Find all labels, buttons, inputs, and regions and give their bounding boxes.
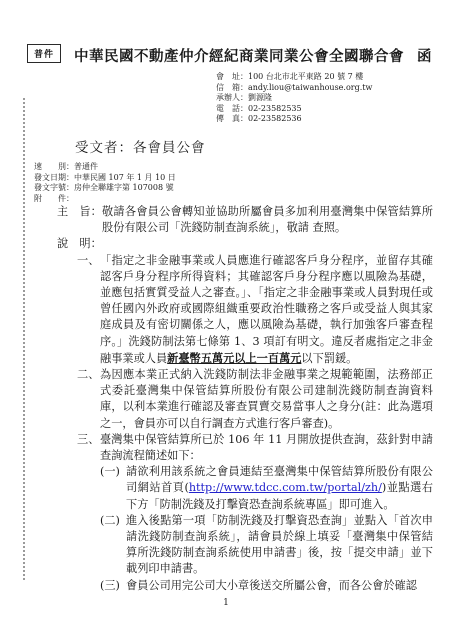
item-1-text-post: 以下罰鍰。 [301,352,357,365]
item-1-penalty-emphasis: 新臺幣五萬元以上一百萬元 [167,351,301,365]
contact-address-row: 會 址：100 台北市北平東路 20 號 7 樓 [216,72,372,83]
meta-attachment-label: 附 件： [34,194,74,203]
explanation-item-3: 三、 臺灣集中保管結算所已於 106 年 11 月開放提供查詢，茲針對申請查詢流… [77,432,433,594]
contact-address-value: 100 台北市北平東路 20 號 7 樓 [248,72,363,81]
item-1-text: 「指定之非金融事業或人員應進行確認客戶身分程序，並留存其確認客戶身分程序所得資料… [100,253,433,367]
subitem-3: (三) 會員公司用完公司大小章後送交所屬公會，而各公會於確認 [100,578,433,594]
document-meta-block: 速 別：普通件 發文日期：中華民國 107 年 1 月 10 日 發文字號：房仲… [34,162,176,204]
recipient-value: 各會員公會 [133,140,206,156]
subitem-3-number: (三) [100,578,126,594]
item-3-text: 臺灣集中保管結算所已於 106 年 11 月開放提供查詢，茲針對申請查詢流程簡述… [100,432,433,594]
contact-email-row: 信 箱：andy.liou@taiwanhouse.org.tw [216,83,372,94]
subitem-1-number: (一) [100,464,126,513]
meta-speed-value: 普通件 [74,162,98,171]
explanation-item-2: 二、 為因應本業正式納入洗錢防制法非金融事業之規範範圍，法務部正式委託臺灣集中保… [77,367,433,432]
meta-refno-row: 發文字號：房仲全聯雄字第 107008 號 [34,183,176,194]
meta-refno-value: 房仲全聯雄字第 107008 號 [74,183,174,192]
contact-phone-label: 電 話： [216,104,248,115]
document-type-label: 函 [417,48,432,65]
contact-email-value: andy.liou@taiwanhouse.org.tw [248,83,372,92]
contact-fax-value: 02-23582536 [248,114,302,123]
meta-refno-label: 發文字號： [34,183,74,192]
subitem-2-text: 進入後點第一項「防制洗錢及打擊資恐查詢」並點入「首次申請洗錢防制查詢系統」，請會… [126,513,433,578]
item-2-text: 為因應本業正式納入洗錢防制法非金融事業之規範範圍，法務部正式委託臺灣集中保管結算… [100,367,433,432]
explanation-item-1: 一、 「指定之非金融事業或人員應進行確認客戶身分程序，並留存其確認客戶身分程序所… [77,253,433,367]
contact-address-label: 會 址： [216,72,248,83]
item-1-text-pre: 「指定之非金融事業或人員應進行確認客戶身分程序，並留存其確認客戶身分程序所得資料… [100,254,433,365]
explanation-label: 說 明： [57,236,102,252]
tdcc-portal-link[interactable]: http://www.tdcc.com.tw/portal/zh/ [189,481,382,494]
meta-date-value: 中華民國 107 年 1 月 10 日 [74,173,176,182]
meta-speed-label: 速 別： [34,162,74,171]
subject-paragraph: 主 旨： 敬請各會員公會轉知並協助所屬會員多加利用臺灣集中保管結算所股份有限公司… [57,204,433,236]
meta-speed-row: 速 別：普通件 [34,162,176,173]
contact-email-label: 信 箱： [216,83,248,94]
subitem-1: (一) 請欲利用該系統之會員連結至臺灣集中保管結算所股份有限公司網站首頁(htt… [100,464,433,513]
page-number: 1 [0,598,452,608]
meta-attachment-row: 附 件： [34,194,176,205]
item-1-number: 一、 [77,253,100,367]
item-3-intro: 臺灣集中保管結算所已於 106 年 11 月開放提供查詢，茲針對申請查詢流程簡述… [100,433,433,462]
subitem-3-text: 會員公司用完公司大小章後送交所屬公會，而各公會於確認 [126,578,433,594]
document-title: 中華民國不動產仲介經紀商業同業公會全國聯合會函 [74,45,432,66]
contact-phone-row: 電 話：02-23582535 [216,104,372,115]
explanation-heading: 說 明： [57,236,433,252]
contact-fax-row: 傳 真：02-23582536 [216,114,372,125]
contact-person-value: 劉源隆 [248,93,272,102]
letterhead-contact-block: 會 址：100 台北市北平東路 20 號 7 樓 信 箱：andy.liou@t… [216,72,372,125]
subject-text: 敬請各會員公會轉知並協助所屬會員多加利用臺灣集中保管結算所股份有限公司「洗錢防制… [102,204,433,236]
item-3-subitems: (一) 請欲利用該系統之會員連結至臺灣集中保管結算所股份有限公司網站首頁(htt… [100,464,433,594]
fold-marker-dotted-line [23,98,25,580]
recipient-line: 受文者：各會員公會 [75,136,206,156]
recipient-label: 受文者： [75,140,133,156]
subject-label: 主 旨： [57,204,102,236]
explanation-items: 一、 「指定之非金融事業或人員應進行確認客戶身分程序，並留存其確認客戶身分程序所… [77,253,433,594]
official-letter-page: 普件 中華民國不動產仲介經紀商業同業公會全國聯合會函 會 址：100 台北市北平… [0,0,452,640]
contact-person-label: 承辦人： [216,93,248,104]
organization-name: 中華民國不動產仲介經紀商業同業公會全國聯合會 [74,48,404,65]
mail-class-stamp: 普件 [27,44,61,63]
contact-phone-value: 02-23582535 [248,104,302,113]
contact-person-row: 承辦人：劉源隆 [216,93,372,104]
meta-date-row: 發文日期：中華民國 107 年 1 月 10 日 [34,173,176,184]
letter-body: 主 旨： 敬請各會員公會轉知並協助所屬會員多加利用臺灣集中保管結算所股份有限公司… [57,204,433,594]
item-2-number: 二、 [77,367,100,432]
contact-fax-label: 傳 真： [216,114,248,125]
item-3-number: 三、 [77,432,100,594]
subitem-2-number: (二) [100,513,126,578]
meta-date-label: 發文日期： [34,173,74,182]
subitem-1-text: 請欲利用該系統之會員連結至臺灣集中保管結算所股份有限公司網站首頁(http://… [126,464,433,513]
subitem-2: (二) 進入後點第一項「防制洗錢及打擊資恐查詢」並點入「首次申請洗錢防制查詢系統… [100,513,433,578]
